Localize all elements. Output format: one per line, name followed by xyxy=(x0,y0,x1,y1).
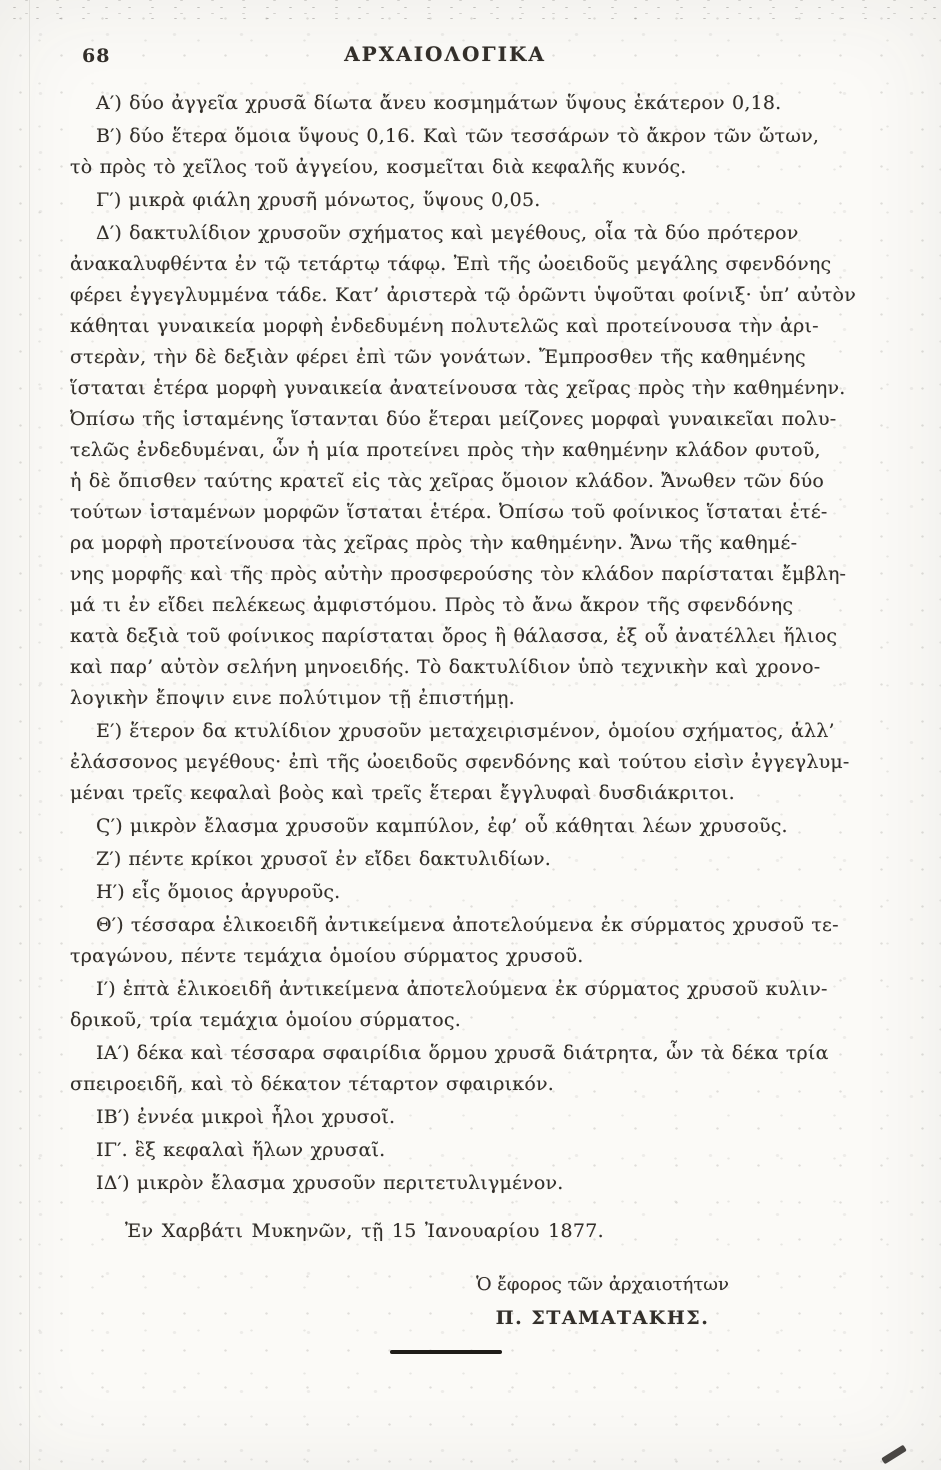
item-number: Δ′) xyxy=(96,222,122,244)
list-item: Ζ′)πέντε κρίκοι χρυσοῖ ἐν εἴδει δακτυλιδ… xyxy=(70,844,862,875)
list-item: Β′)δύο ἕτερα ὅμοια ὕψους 0,16. Καὶ τῶν τ… xyxy=(70,121,862,183)
item-text: ἐννέα μικροὶ ἧλοι χρυσοῖ. xyxy=(137,1106,395,1128)
item-text: μικρὸν ἔλασμα χρυσοῦν καμπύλον, ἐφ’ οὗ κ… xyxy=(130,815,788,837)
list-item: Θ′)τέσσαρα ἑλικοειδῆ ἀντικείμενα ἀποτελο… xyxy=(70,910,862,972)
item-text: δύο ἕτερα ὅμοια ὕψους 0,16. Καὶ τῶν τεσσ… xyxy=(70,125,819,178)
inventory-list: Α′)δύο ἀγγεῖα χρυσᾶ δίωτα ἄνευ κοσμημάτω… xyxy=(70,88,862,1201)
item-number: Α′) xyxy=(96,92,122,114)
item-number: ΙΓ′. xyxy=(96,1139,128,1161)
item-text: δύο ἀγγεῖα χρυσᾶ δίωτα ἄνευ κοσμημάτων ὕ… xyxy=(129,92,781,114)
page-number: 68 xyxy=(82,45,110,67)
item-text: δακτυλίδιον χρυσοῦν σχήματος καὶ μεγέθου… xyxy=(70,222,856,709)
item-number: Β′) xyxy=(96,125,122,147)
list-item: Ϛ′)μικρὸν ἔλασμα χρυσοῦν καμπύλον, ἐφ’ ο… xyxy=(70,811,862,842)
item-number: ΙΒ′) xyxy=(96,1106,130,1128)
item-text: μικρὸν ἔλασμα χρυσοῦν περιτετυλιγμένον. xyxy=(137,1172,564,1194)
list-item: Ε′)ἕτερον δα κτυλίδιον χρυσοῦν μεταχειρι… xyxy=(70,716,862,809)
list-item: ΙΔ′)μικρὸν ἔλασμα χρυσοῦν περιτετυλιγμέν… xyxy=(70,1168,862,1199)
item-text: τέσσαρα ἑλικοειδῆ ἀντικείμενα ἀποτελούμε… xyxy=(70,914,839,967)
signature-name: Π. ΣΤΑΜΑΤΑΚΗΣ. xyxy=(470,1305,735,1331)
item-text: πέντε κρίκοι χρυσοῖ ἐν εἴδει δακτυλιδίων… xyxy=(129,848,551,870)
item-number: Ε′) xyxy=(96,720,122,742)
scan-noise-top-edge xyxy=(0,0,941,26)
item-text: δέκα καὶ τέσσαρα σφαιρίδια ὅρμου χρυσᾶ δ… xyxy=(70,1042,829,1095)
item-number: ΙΑ′) xyxy=(96,1042,130,1064)
list-item: Ι′)ἑπτὰ ἑλικοειδῆ ἀντικείμενα ἀποτελούμε… xyxy=(70,974,862,1036)
document-page: 68 ΑΡΧΑΙΟΛΟΓΙΚΑ Α′)δύο ἀγγεῖα χρυσᾶ δίωτ… xyxy=(0,0,941,1470)
list-item: ΙΓ′.ἓξ κεφαλαὶ ἥλων χρυσαῖ. xyxy=(70,1135,862,1166)
signature-block: Ὁ ἔφορος τῶν ἀρχαιοτήτων Π. ΣΤΑΜΑΤΑΚΗΣ. xyxy=(470,1272,735,1331)
list-item: ΙΑ′)δέκα καὶ τέσσαρα σφαιρίδια ὅρμου χρυ… xyxy=(70,1038,862,1100)
item-number: ΙΔ′) xyxy=(96,1172,130,1194)
running-title: ΑΡΧΑΙΟΛΟΓΙΚΑ xyxy=(300,42,590,66)
item-text: ἑπτὰ ἑλικοειδῆ ἀντικείμενα ἀποτελούμενα … xyxy=(70,978,828,1031)
scan-edge-line xyxy=(29,0,30,1470)
item-text: ἓξ κεφαλαὶ ἥλων χρυσαῖ. xyxy=(135,1139,386,1161)
dateline: Ἐν Χαρβάτι Μυκηνῶν, τῇ 15 Ἰανουαρίου 187… xyxy=(125,1220,604,1242)
list-item: Α′)δύο ἀγγεῖα χρυσᾶ δίωτα ἄνευ κοσμημάτω… xyxy=(70,88,862,119)
list-item: ΙΒ′)ἐννέα μικροὶ ἧλοι χρυσοῖ. xyxy=(70,1102,862,1133)
scan-corner-mark xyxy=(881,1445,907,1465)
item-text: ἕτερον δα κτυλίδιον χρυσοῦν μεταχειρισμέ… xyxy=(70,720,850,804)
list-item: Γ′)μικρὰ φιάλη χρυσῆ μόνωτος, ὕψους 0,05… xyxy=(70,185,862,216)
end-rule xyxy=(390,1350,502,1354)
item-number: Ϛ′) xyxy=(96,815,123,837)
list-item: Η′)εἷς ὅμοιος ἀργυροῦς. xyxy=(70,877,862,908)
item-number: Θ′) xyxy=(96,914,124,936)
signature-role: Ὁ ἔφορος τῶν ἀρχαιοτήτων xyxy=(476,1274,729,1295)
item-number: Ζ′) xyxy=(96,848,122,870)
item-number: Ι′) xyxy=(96,978,116,1000)
list-item: Δ′)δακτυλίδιον χρυσοῦν σχήματος καὶ μεγέ… xyxy=(70,218,862,714)
item-number: Η′) xyxy=(96,881,125,903)
item-text: εἷς ὅμοιος ἀργυροῦς. xyxy=(132,881,341,903)
item-number: Γ′) xyxy=(96,189,122,211)
item-text: μικρὰ φιάλη χρυσῆ μόνωτος, ὕψους 0,05. xyxy=(129,189,541,211)
